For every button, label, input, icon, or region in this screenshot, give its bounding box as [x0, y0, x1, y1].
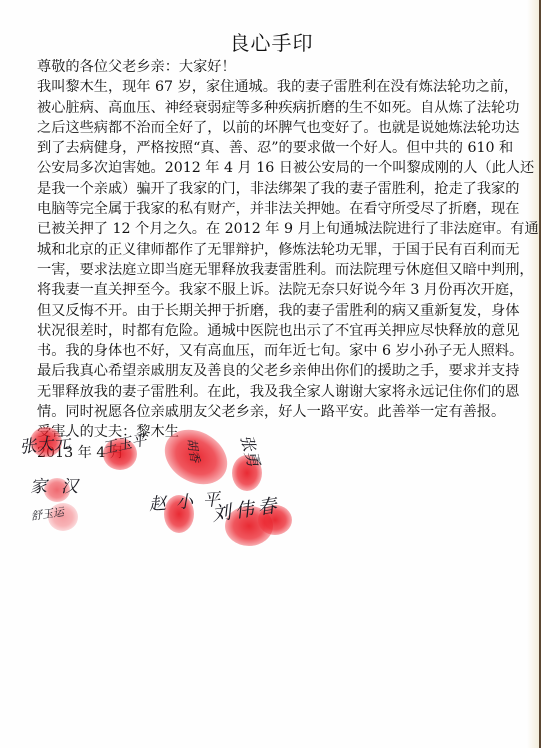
document-title: 良心手印 — [0, 27, 543, 56]
body-line: 将我妻一直关押至今。我家不服上诉。法院无奈只好说今年 3 月份再次开庭， — [37, 280, 505, 300]
body-line: 但又反悔不开。由于长期关押于折磨，我的妻子雷胜利的病又重新复发，身体 — [37, 301, 505, 321]
fingerprint — [225, 506, 273, 546]
signoff: 受害人的丈夫：黎木生 — [37, 422, 505, 442]
body-line: 已被关押了 12 个月之久。在 2012 年 9 月上旬通城法院进行了非法庭审。… — [37, 219, 505, 239]
page-edge — [539, 0, 541, 748]
body-line: 被心脏病、高血压、神经衰弱症等多种疾病折磨的生不如死。自从炼了法轮功 — [37, 98, 505, 118]
body-line: 状况很差时，时都有危险。通城中医院也出示了不宜再关押应尽快释放的意见 — [37, 321, 505, 341]
body-line: 之后这些病都不治而全好了，以前的坏脾气也变好了。也就是说她炼法轮功达 — [37, 118, 505, 138]
signature: 舒玉运 — [30, 503, 65, 523]
body-line: 最后我真心希望亲戚朋友及善良的父老乡亲伸出你们的援助之手，要求并支持 — [37, 361, 505, 381]
document-page: 良心手印 尊敬的各位父老乡亲：大家好！ 我叫黎木生，现年 67 岁，家住通城。我… — [0, 0, 540, 748]
signature: 刘伟春 — [210, 490, 282, 526]
body-line: 城和北京的正义律师都作了无罪辩护，修炼法轮功无罪，于国于民有百利而无 — [37, 240, 505, 260]
body-line: 一害，要求法庭立即当庭无罪释放我妻雷胜利。而法院理亏休庭但又暗中判刑， — [37, 260, 505, 280]
body-line: 电脑等完全属于我家的私有财产，并非法关押她。在看守所受尽了折磨，现在 — [37, 199, 505, 219]
fingerprint — [48, 503, 78, 531]
body-line: 公安局多次迫害她。2012 年 4 月 16 日被公安局的一个叫黎成刚的人（此人… — [37, 158, 505, 178]
body-line: 到了去病健身，严格按照“真、善、忍”的要求做一个好人。但中共的 610 和 — [37, 138, 505, 158]
greeting: 尊敬的各位父老乡亲：大家好！ — [37, 57, 505, 77]
body-line: 是我一个亲戚）骗开了我家的门，非法绑架了我的妻子雷胜利，抢走了我家的 — [37, 179, 505, 199]
signature: 家汉 — [30, 472, 92, 497]
date: 2013 年 4 月 — [37, 443, 505, 463]
body-line: 书。我的身体也不好，又有高血压，而年近七旬。家中 6 岁小孙子无人照料。 — [37, 341, 505, 361]
page-edge-shadow — [527, 0, 539, 748]
fingerprint — [164, 495, 194, 533]
letter-body: 尊敬的各位父老乡亲：大家好！ 我叫黎木生，现年 67 岁，家住通城。我的妻子雷胜… — [37, 57, 505, 463]
body-line: 情。同时祝愿各位亲戚朋友父老乡亲，好人一路平安。此善举一定有善报。 — [37, 402, 505, 422]
body-line: 我叫黎木生，现年 67 岁，家住通城。我的妻子雷胜利在没有炼法轮功之前， — [37, 77, 505, 97]
fingerprint — [44, 478, 70, 502]
fingerprint — [258, 505, 292, 535]
signature: 赵小平 — [148, 484, 231, 515]
body-line: 无罪释放我的妻子雷胜利。在此，我及我全家人谢谢大家将永远记住你们的恩 — [37, 382, 505, 402]
